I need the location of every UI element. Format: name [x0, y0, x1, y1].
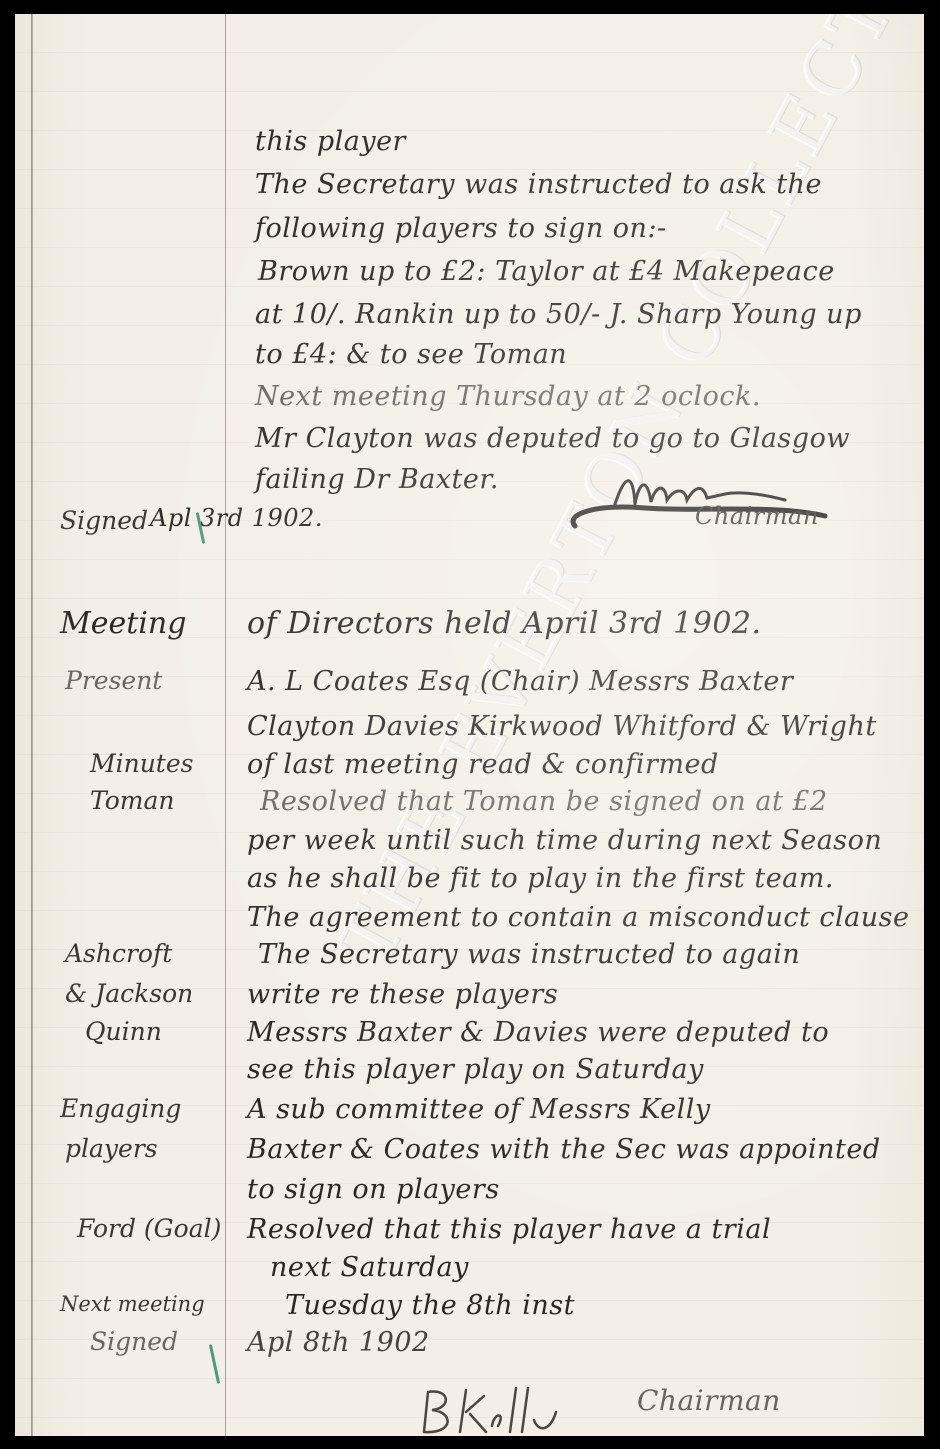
- prev-line-6: to £4: & to see Toman: [255, 339, 567, 370]
- meeting-signed-date: Apl 8th 1902: [247, 1327, 430, 1358]
- meeting-signature-title: Chairman: [637, 1384, 781, 1417]
- margin-rule: [225, 14, 226, 1436]
- label-ford-goal: Ford (Goal): [77, 1214, 221, 1243]
- meeting-signed-label: Signed: [90, 1327, 178, 1356]
- quinn-line-1: Messrs Baxter & Davies were deputed to: [247, 1017, 829, 1048]
- toman-line-1: Resolved that Toman be signed on at £2: [260, 786, 828, 817]
- minutes-line-1: of last meeting read & confirmed: [247, 749, 719, 780]
- label-jackson: & Jackson: [65, 979, 193, 1008]
- engaging-line-3: to sign on players: [247, 1174, 500, 1205]
- ashcroft-line-2: write re these players: [247, 979, 558, 1010]
- label-toman: Toman: [90, 786, 175, 815]
- prev-line-4: Brown up to £2: Taylor at £4 Makepeace: [258, 256, 835, 287]
- next-meeting-line-1: Tuesday the 8th inst: [285, 1290, 575, 1321]
- prev-line-3: following players to sign on:-: [255, 213, 667, 244]
- label-players: players: [65, 1134, 158, 1163]
- meeting-heading-label: Meeting: [60, 606, 186, 641]
- present-line-1: A. L Coates Esq (Chair) Messrs Baxter: [247, 666, 793, 697]
- toman-line-3: as he shall be fit to play in the first …: [247, 863, 834, 894]
- prev-line-2: The Secretary was instructed to ask the: [255, 169, 822, 200]
- present-line-2: Clayton Davies Kirkwood Whitford & Wrigh…: [247, 711, 877, 742]
- ford-line-2: next Saturday: [270, 1252, 469, 1283]
- prev-line-5: at 10/. Rankin up to 50/- J. Sharp Young…: [255, 299, 862, 330]
- green-check-mark-2: [209, 1344, 220, 1384]
- engaging-line-1: A sub committee of Messrs Kelly: [247, 1094, 711, 1125]
- minute-book-page: THE EVERTON COLLECTION CHARITABLE TRUST …: [15, 14, 924, 1436]
- label-quinn: Quinn: [85, 1017, 162, 1046]
- engaging-line-2: Baxter & Coates with the Sec was appoint…: [247, 1134, 881, 1165]
- prev-signature-title: Chairman: [695, 502, 819, 530]
- binding-fold-line: [31, 14, 33, 1436]
- toman-line-2: per week until such time during next Sea…: [247, 825, 882, 856]
- prev-line-8: Mr Clayton was deputed to go to Glasgow: [255, 423, 850, 454]
- label-ashcroft: Ashcroft: [65, 939, 172, 968]
- prev-signed-label: Signed: [60, 506, 148, 535]
- quinn-line-2: see this player play on Saturday: [247, 1054, 704, 1085]
- toman-line-4: The agreement to contain a misconduct cl…: [247, 902, 909, 933]
- ford-line-1: Resolved that this player have a trial: [247, 1214, 771, 1245]
- prev-line-9: failing Dr Baxter.: [255, 464, 499, 495]
- label-minutes: Minutes: [90, 749, 193, 778]
- label-engaging: Engaging: [60, 1094, 181, 1123]
- ashcroft-line-1: The Secretary was instructed to again: [258, 939, 800, 970]
- prev-line-1: this player: [255, 126, 406, 157]
- chairman-signature-2: [410, 1382, 590, 1436]
- prev-signed-date: Apl 3rd 1902.: [150, 504, 323, 532]
- prev-line-7: Next meeting Thursday at 2 oclock.: [255, 381, 761, 412]
- label-present: Present: [65, 666, 162, 695]
- label-next-meeting: Next meeting: [60, 1292, 205, 1316]
- meeting-heading: of Directors held April 3rd 1902.: [247, 606, 762, 641]
